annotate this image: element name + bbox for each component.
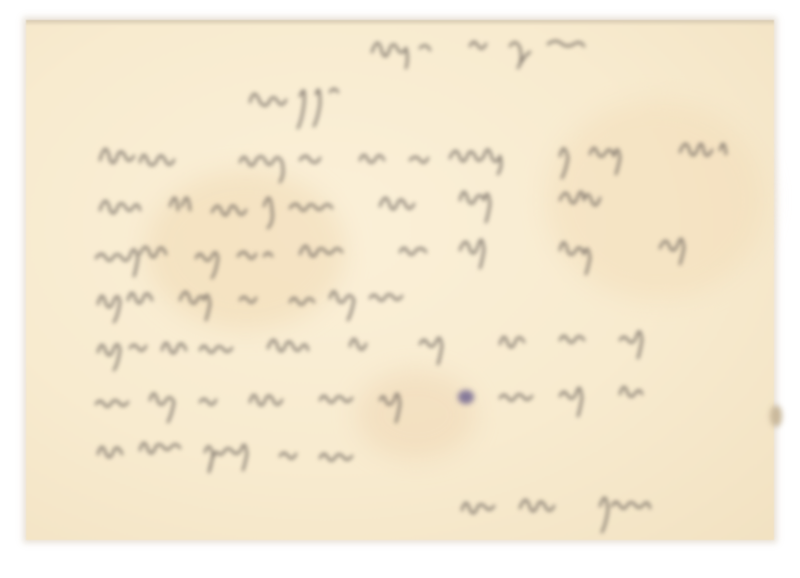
body-line-strokes (98, 331, 642, 370)
handwriting-strokes (0, 0, 800, 578)
ink-blot (458, 390, 474, 404)
body-line-strokes (98, 291, 402, 322)
body-line-strokes (96, 387, 642, 422)
body-line-strokes (100, 144, 726, 182)
paper-edge-tear (770, 405, 782, 427)
body-line-strokes (100, 192, 600, 228)
signature-strokes (462, 498, 650, 532)
dateline-strokes (372, 41, 584, 68)
body-line-strokes (98, 443, 352, 472)
salutation-strokes (250, 89, 338, 128)
body-line-strokes (96, 239, 684, 278)
